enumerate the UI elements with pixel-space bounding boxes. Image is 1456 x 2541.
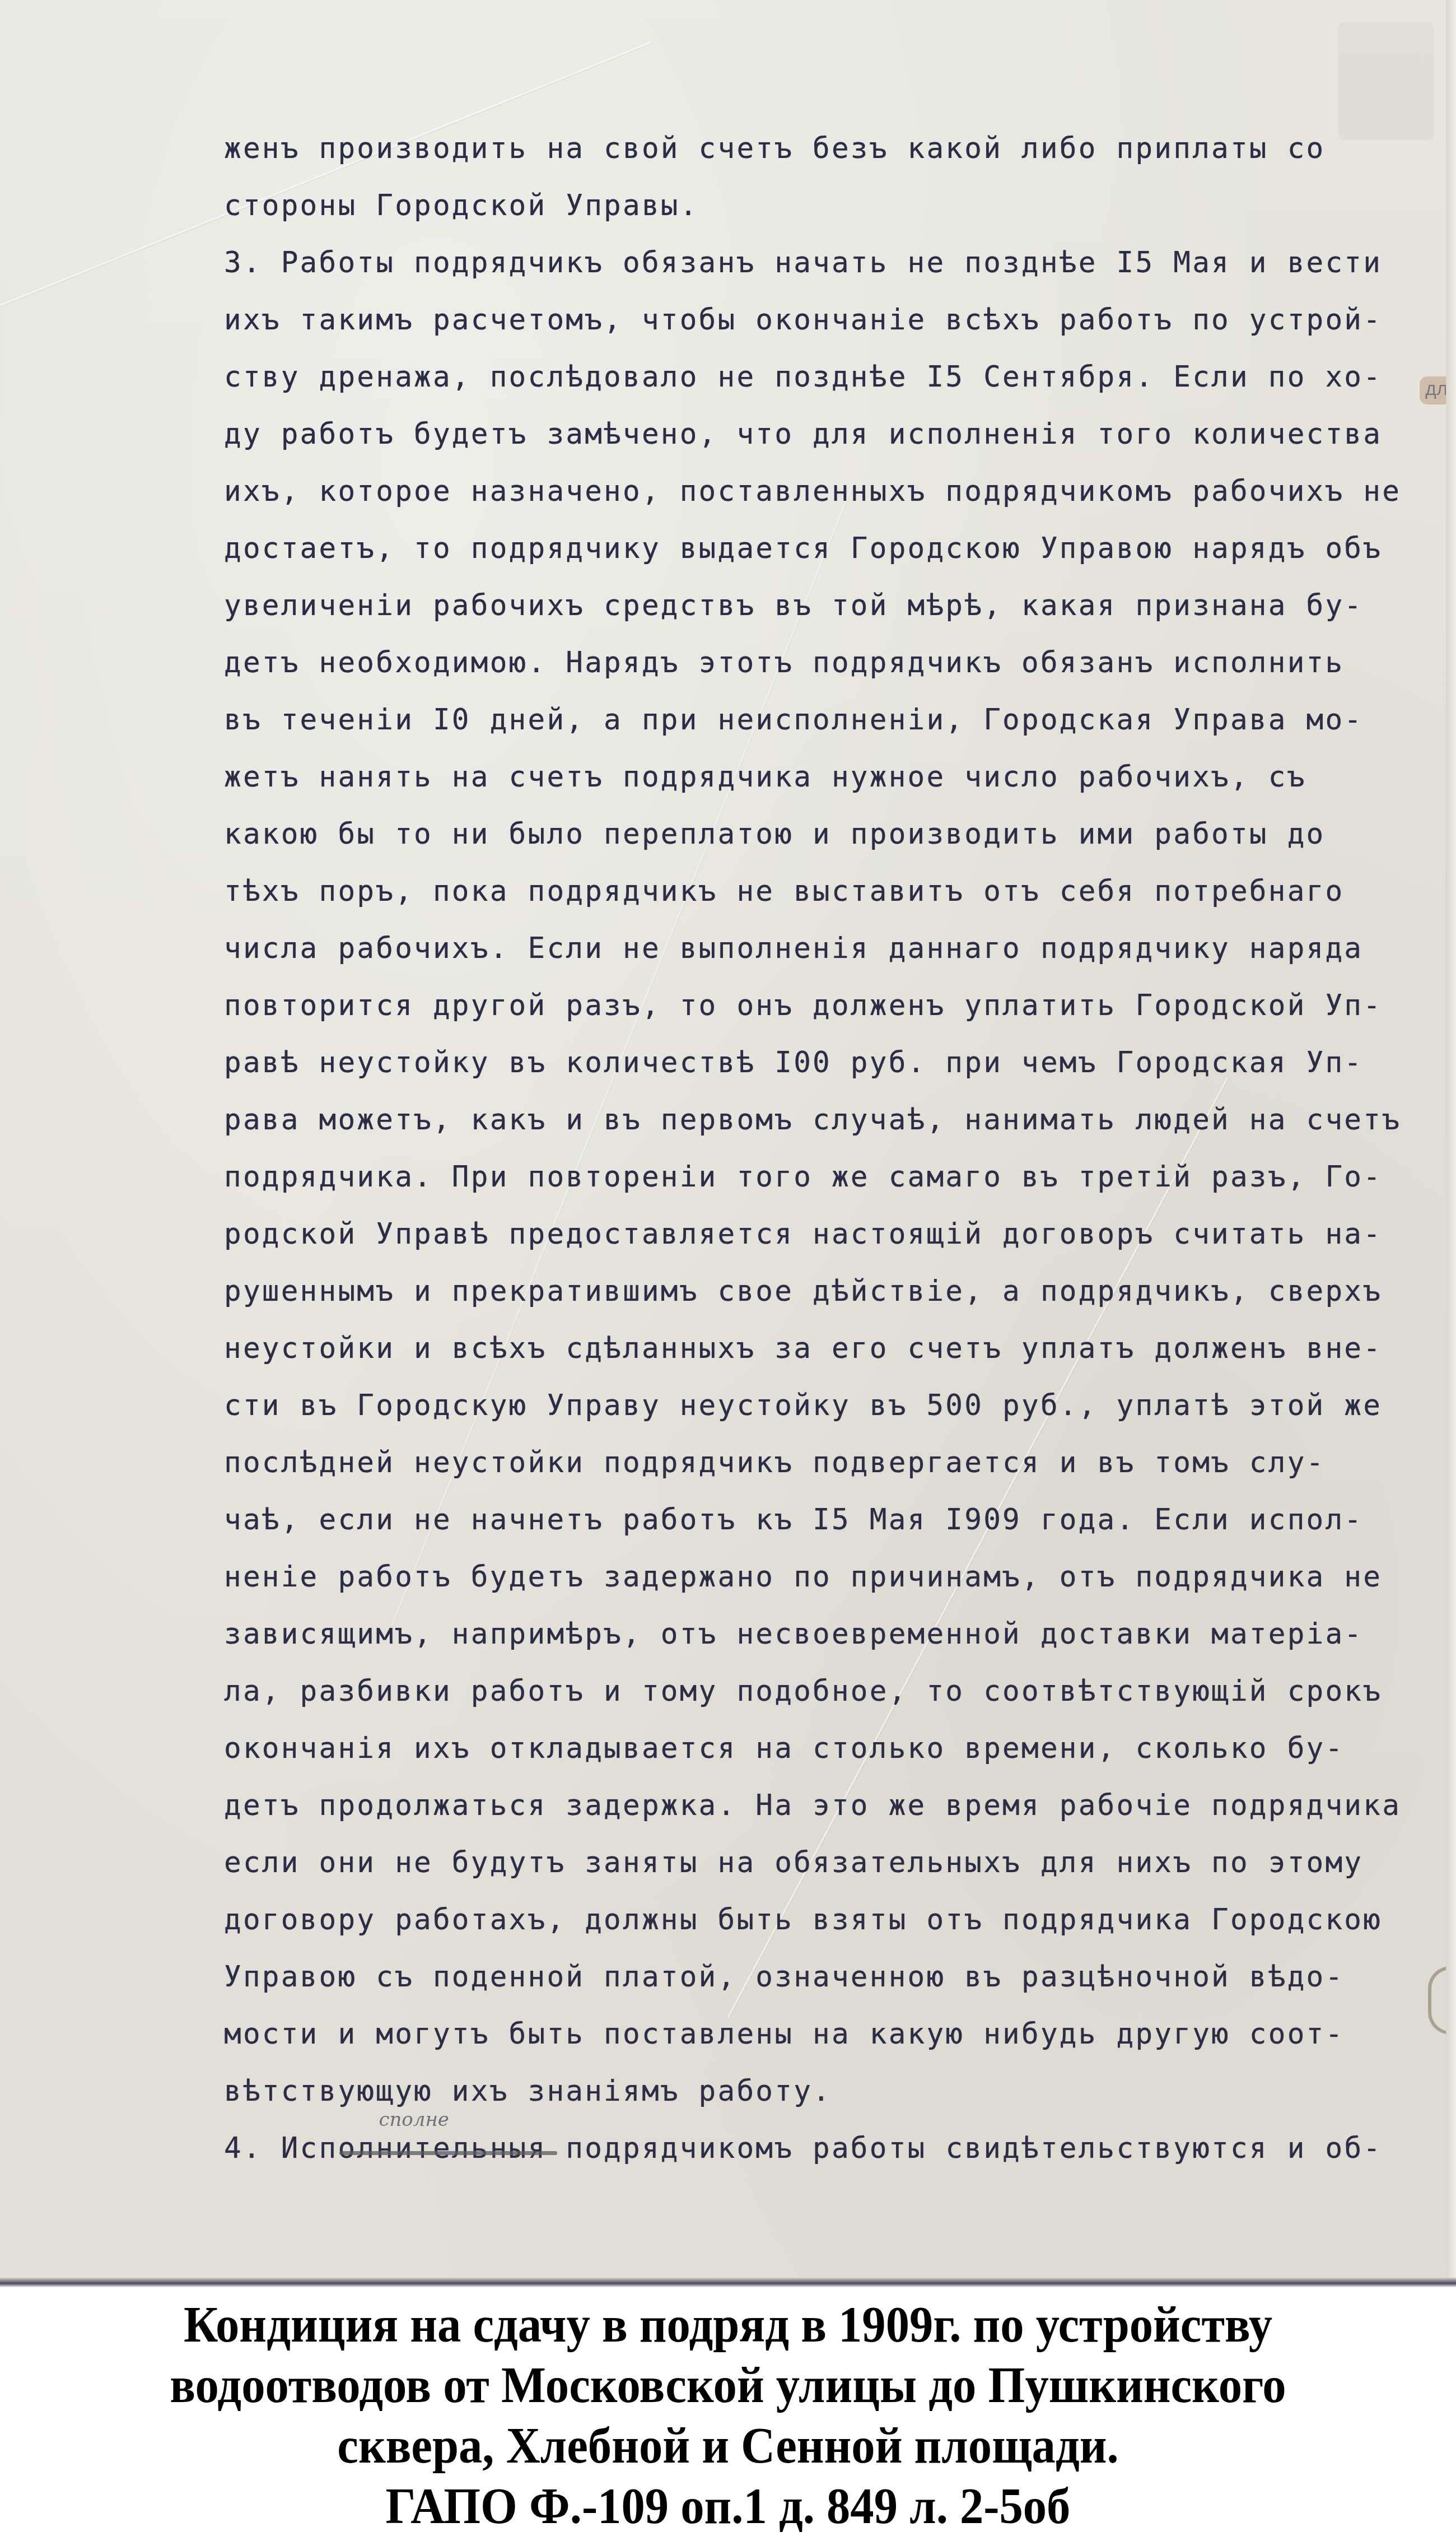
typescript-line: родской Управѣ предоставляется настоящiй… [224, 1206, 1445, 1263]
typescript-line: ихъ, которое назначено, поставленныхъ по… [224, 463, 1445, 520]
typescript-line: рушеннымъ и прекратившимъ свое дѣйствiе,… [224, 1263, 1445, 1320]
typescript-line: ненiе работъ будетъ задержано по причина… [224, 1549, 1445, 1606]
typescript-line: 3. Работы подрядчикъ обязанъ начать не п… [224, 235, 1445, 292]
typescript-line: неустойки и всѣхъ сдѣланныхъ за его счет… [224, 1320, 1445, 1377]
caption-line: Кондиция на сдачу в подряд в 1909г. по у… [58, 2294, 1398, 2354]
typescript-line: сти въ Городскую Управу неустойку въ 500… [224, 1377, 1445, 1435]
typescript-line: жетъ нанять на счетъ подрядчика нужное ч… [224, 749, 1445, 806]
caption-line: водоотводов от Московской улицы до Пушки… [58, 2354, 1398, 2415]
typescript-line: повторится другой разъ, то онъ долженъ у… [224, 978, 1445, 1035]
typescript-line: равѣ неустойку въ количествѣ I00 руб. пр… [224, 1035, 1445, 1092]
typescript-line: числа рабочихъ. Если не выполненiя данна… [224, 920, 1445, 978]
typescript-line: достаетъ, то подрядчику выдается Городск… [224, 520, 1445, 578]
document-scan: дл женъ производить на свой счетъ безъ к… [0, 0, 1456, 2287]
clause-number: 4. [224, 2132, 281, 2165]
typescript-line-last: 4. Исполнительныясполне подрядчикомъ раб… [224, 2120, 1445, 2177]
typescript-body: женъ производить на свой счетъ безъ како… [224, 120, 1445, 2177]
typescript-line: мости и могутъ быть поставлены на какую … [224, 2006, 1445, 2063]
typescript-line: какою бы то ни было переплатою и произво… [224, 806, 1445, 863]
page-edge [0, 2278, 1456, 2287]
typescript-line: Управою съ поденной платой, означенною в… [224, 1949, 1445, 2006]
typescript-line: детъ необходимою. Нарядъ этотъ подрядчик… [224, 635, 1445, 692]
handwritten-correction: сполне [379, 2091, 449, 2148]
caption-line: ГАПО Ф.-109 оп.1 д. 849 л. 2-5об [58, 2475, 1398, 2536]
caption-line: сквера, Хлебной и Сенной площади. [58, 2415, 1398, 2475]
typescript-line: ду работъ будетъ замѣчено, что для испол… [224, 406, 1445, 463]
typescript-line: если они не будутъ заняты на обязательны… [224, 1835, 1445, 1892]
typescript-line: договору работахъ, должны быть взяты отъ… [224, 1892, 1445, 1949]
typescript-line: ству дренажа, послѣдовало не позднѣе I5 … [224, 349, 1445, 406]
typescript-line: ла, разбивки работъ и тому подобное, то … [224, 1663, 1445, 1720]
typescript-line: зависящимъ, напримѣръ, отъ несвоевременн… [224, 1606, 1445, 1663]
typescript-line: послѣдней неустойки подрядчикъ подвергае… [224, 1435, 1445, 1492]
typescript-line: тѣхъ поръ, пока подрядчикъ не выставитъ … [224, 863, 1445, 920]
typescript-line: рава можетъ, какъ и въ первомъ случаѣ, н… [224, 1092, 1445, 1149]
typescript-line: стороны Городской Управы. [224, 178, 1445, 235]
typescript-line: увеличенiи рабочихъ средствъ въ той мѣрѣ… [224, 578, 1445, 635]
typescript-line: окончанiя ихъ откладывается на столько в… [224, 1720, 1445, 1777]
typescript-line: въ теченiи I0 дней, а при неисполненiи, … [224, 692, 1445, 749]
archive-caption: Кондиция на сдачу в подряд в 1909г. по у… [58, 2294, 1398, 2536]
typescript-line: детъ продолжаться задержка. На это же вр… [224, 1777, 1445, 1835]
typescript-line: женъ производить на свой счетъ безъ како… [224, 120, 1445, 178]
typescript-line: подрядчика. При повторенiи того же самаг… [224, 1149, 1445, 1206]
typescript-line: ихъ такимъ расчетомъ, чтобы окончанiе вс… [224, 292, 1445, 349]
line-rest: подрядчикомъ работы свидѣтельствуются и … [547, 2132, 1382, 2165]
page-edge [1446, 0, 1456, 2287]
typescript-line: чаѣ, если не начнетъ работъ къ I5 Мая I9… [224, 1492, 1445, 1549]
